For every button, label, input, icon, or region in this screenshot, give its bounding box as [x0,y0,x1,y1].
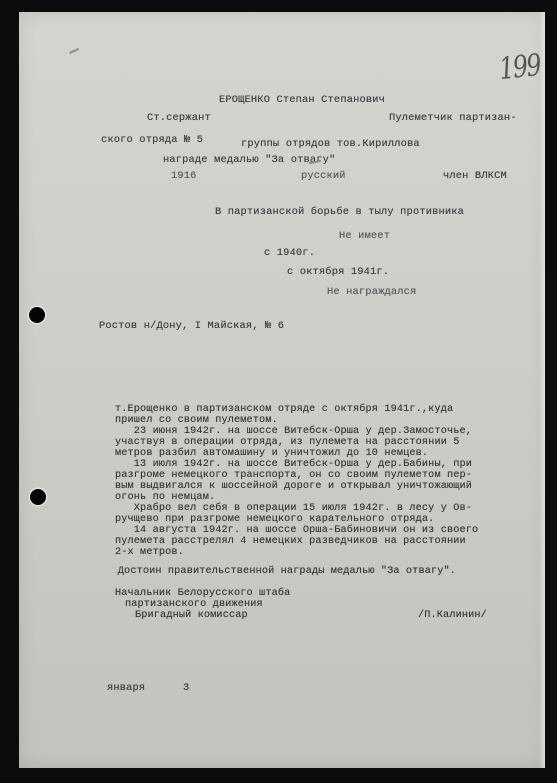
previous-awards: Не награждался [327,286,416,298]
rank: Ст.сержант [147,112,211,124]
document-page: 199 ЕРОЩЕНКО Степан Степанович Ст.сержан… [19,12,545,768]
body-line: участвуя в операции отряда, из пулемета … [115,437,460,448]
date-day: 3 [183,682,189,694]
signatory-title-3: Бригадный комиссар [135,610,248,621]
service-since: с 1940г. [264,247,315,259]
home-address: Ростов н/Дону, I Майская, № 6 [99,320,284,332]
full-name: ЕРОЩЕНКО Степан Степанович [219,94,385,106]
body-line: ручщево при разгроме немецкого карательн… [115,514,434,525]
archive-page-number: 199 [497,48,541,87]
body-line: пулемета расстрелял 4 немецких разведчик… [115,536,466,547]
conclusion: Достоин правительственной награды медаль… [99,566,456,577]
body-line: разгроме немецкого транспорта, он со сво… [115,470,472,481]
body-line: метров разбил автомашину и уничтожил до … [115,448,428,459]
body-line: 13 июля 1942г. на шоссе Витебск-Орша у д… [115,459,472,470]
position-line-2: ского отряда № 5 [101,134,203,146]
body-line: 23 июня 1942г. на шоссе Витебск-Орша у д… [115,426,472,437]
body-line: 2-х метров. [115,547,184,558]
combat-participation: В партизанской борьбе в тылу противника [215,206,464,218]
body-line: огонь по немцам. [115,492,215,503]
signatory-title-2: партизанского движения [125,599,263,610]
punch-hole-top [29,307,45,323]
partisan-since: с октября 1941г. [287,266,389,278]
nationality: русский [301,170,346,182]
body-line: пришел со своим пулеметом. [115,415,278,426]
body-line: т.Ерощенко в партизанском отряде с октяб… [115,404,453,415]
position-line-1: Пулеметчик партизан- [389,112,517,124]
body-line: вым выдвигался к шоссейной дороге и откр… [115,481,472,492]
date-month: января [107,682,145,694]
birth-year: 1916 [171,170,197,182]
punch-hole-bottom [30,489,46,505]
body-line: 14 августа 1942г. на шоссе Орша-Бабинови… [115,525,478,536]
signatory-title-1: Начальник Белорусского штаба [115,588,290,599]
body-line: Храбро вел себя в операции 15 июля 1942г… [115,503,472,514]
pencil-mark [69,48,79,54]
wounds: Не имеет [339,230,390,242]
award-nominated: награде медалью "За отвагу" [163,154,335,166]
unit: группы отрядов тов.Кириллова [241,138,420,150]
signatory-name: /П.Калинин/ [418,610,487,621]
party-membership: член ВЛКСМ [443,170,507,182]
